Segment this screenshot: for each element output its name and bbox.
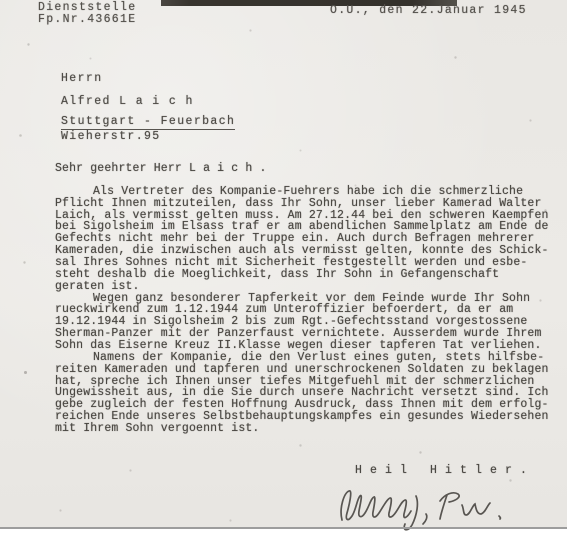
recipient-city: Stuttgart - Feuerbach	[61, 116, 235, 130]
scan-bottom-edge	[0, 527, 567, 529]
place-date-line: O.U., den 22.Januar 1945	[330, 5, 527, 17]
recipient-name: Alfred L a i c h	[61, 96, 194, 108]
handwritten-signature	[334, 484, 519, 532]
salutation: Sehr geehrter Herr L a i c h .	[55, 163, 267, 175]
scanned-letter-page: Dienststelle Fp.Nr.43661E O.U., den 22.J…	[0, 0, 567, 527]
signature-scribble	[334, 484, 519, 532]
closing-salute: H e i l H i t l e r .	[355, 465, 528, 477]
recipient-title: Herrn	[61, 73, 103, 85]
body-line: mit Ihrem Sohn vergoennt ist.	[55, 423, 259, 435]
recipient-street: Wieherstr.95	[61, 131, 161, 143]
sender-fieldpost-number: Fp.Nr.43661E	[38, 14, 136, 26]
paper-noise-specks	[0, 0, 1, 1]
